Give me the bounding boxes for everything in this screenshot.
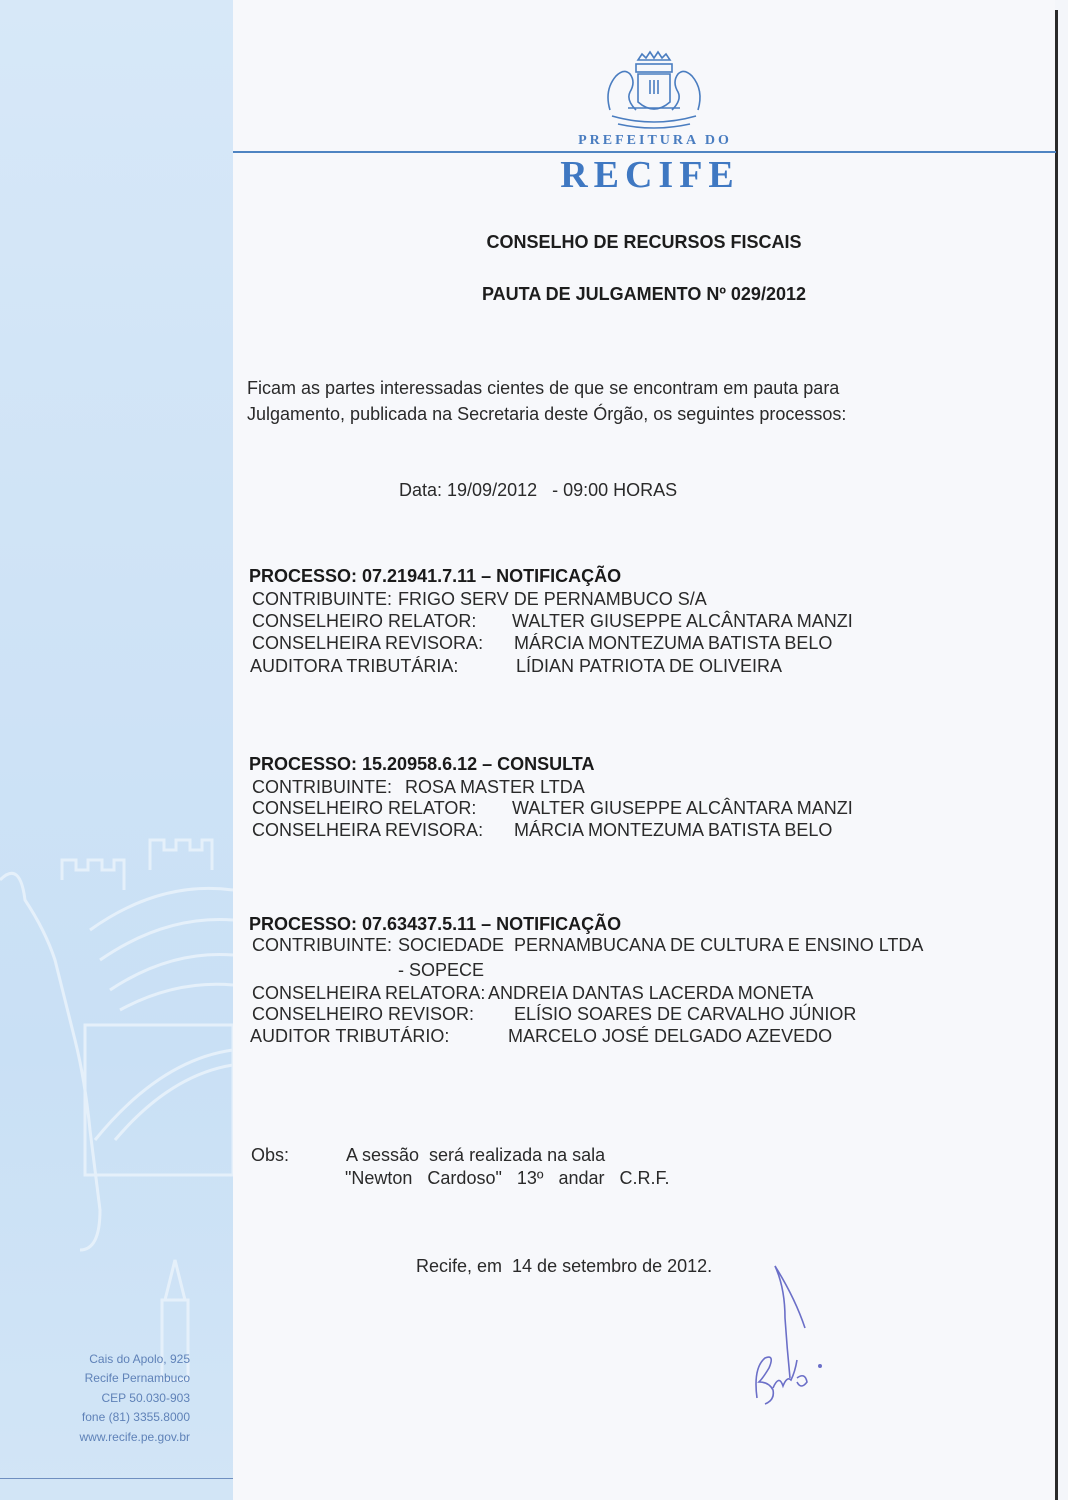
process-field-label: CONSELHEIRA REVISORA: xyxy=(252,820,483,841)
process-field-label: CONSELHEIRO RELATOR: xyxy=(252,611,476,632)
process-field-value: SOCIEDADE PERNAMBUCANA DE CULTURA E ENSI… xyxy=(398,935,923,956)
process-field-value: WALTER GIUSEPPE ALCÂNTARA MANZI xyxy=(512,798,853,819)
address-phone: fone (81) 3355.8000 xyxy=(20,1408,190,1428)
obs-line-2: "Newton Cardoso" 13º andar C.R.F. xyxy=(345,1168,670,1189)
process-title: PROCESSO: 07.21941.7.11 – NOTIFICAÇÃO xyxy=(249,566,621,587)
process-field-label: CONSELHEIRO REVISOR: xyxy=(252,1004,474,1025)
process-field-label: AUDITOR TRIBUTÁRIO: xyxy=(250,1026,449,1047)
recife-logo-text: RECIFE xyxy=(540,153,760,197)
process-field-value: ANDREIA DANTAS LACERDA MONETA xyxy=(488,983,813,1004)
process-field-value: ELÍSIO SOARES DE CARVALHO JÚNIOR xyxy=(514,1004,856,1025)
process-field-value: FRIGO SERV DE PERNAMBUCO S/A xyxy=(398,589,707,610)
session-date: Data: 19/09/2012 - 09:00 HORAS xyxy=(399,480,677,501)
process-title: PROCESSO: 07.63437.5.11 – NOTIFICAÇÃO xyxy=(249,914,621,935)
process-field-label: CONSELHEIRA REVISORA: xyxy=(252,633,483,654)
process-field-label: CONTRIBUINTE: xyxy=(252,589,392,610)
address-line: Cais do Apolo, 925 xyxy=(20,1350,190,1370)
coat-of-arms-icon xyxy=(598,50,710,132)
address-cep: CEP 50.030-903 xyxy=(20,1389,190,1409)
process-title: PROCESSO: 15.20958.6.12 – CONSULTA xyxy=(249,754,594,775)
obs-label: Obs: xyxy=(251,1145,289,1166)
letterhead-sidebar: Cais do Apolo, 925 Recife Pernambuco CEP… xyxy=(0,0,233,1500)
process-field-label: CONSELHEIRO RELATOR: xyxy=(252,798,476,819)
agenda-title: PAUTA DE JULGAMENTO Nº 029/2012 xyxy=(233,284,1055,305)
process-field-label: CONTRIBUINTE: xyxy=(252,777,392,798)
place-date: Recife, em 14 de setembro de 2012. xyxy=(416,1256,712,1277)
intro-line-1: Ficam as partes interessadas cientes de … xyxy=(247,378,839,399)
prefeitura-label: PREFEITURA DO xyxy=(560,133,750,149)
signature-icon xyxy=(745,1258,865,1418)
process-field-value: - SOPECE xyxy=(398,960,484,981)
address-city: Recife Pernambuco xyxy=(20,1369,190,1389)
process-field-label: AUDITORA TRIBUTÁRIA: xyxy=(250,656,458,677)
council-heading: CONSELHO DE RECURSOS FISCAIS xyxy=(233,232,1055,253)
intro-line-2: Julgamento, publicada na Secretaria dest… xyxy=(247,404,846,425)
process-field-value: MÁRCIA MONTEZUMA BATISTA BELO xyxy=(514,633,832,654)
process-field-value: MARCELO JOSÉ DELGADO AZEVEDO xyxy=(508,1026,832,1047)
page-edge xyxy=(1055,10,1058,1500)
process-field-value: WALTER GIUSEPPE ALCÂNTARA MANZI xyxy=(512,611,853,632)
address-website: www.recife.pe.gov.br xyxy=(20,1428,190,1448)
process-field-label: CONSELHEIRA RELATORA: xyxy=(252,983,485,1004)
process-field-value: ROSA MASTER LTDA xyxy=(405,777,585,798)
footer-divider xyxy=(0,1478,233,1479)
city-emblem-watermark-icon xyxy=(0,0,233,1500)
process-field-value: MÁRCIA MONTEZUMA BATISTA BELO xyxy=(514,820,832,841)
obs-line-1: A sessão será realizada na sala xyxy=(346,1145,605,1166)
process-field-label: CONTRIBUINTE: xyxy=(252,935,392,956)
process-field-value: LÍDIAN PATRIOTA DE OLIVEIRA xyxy=(516,656,782,677)
